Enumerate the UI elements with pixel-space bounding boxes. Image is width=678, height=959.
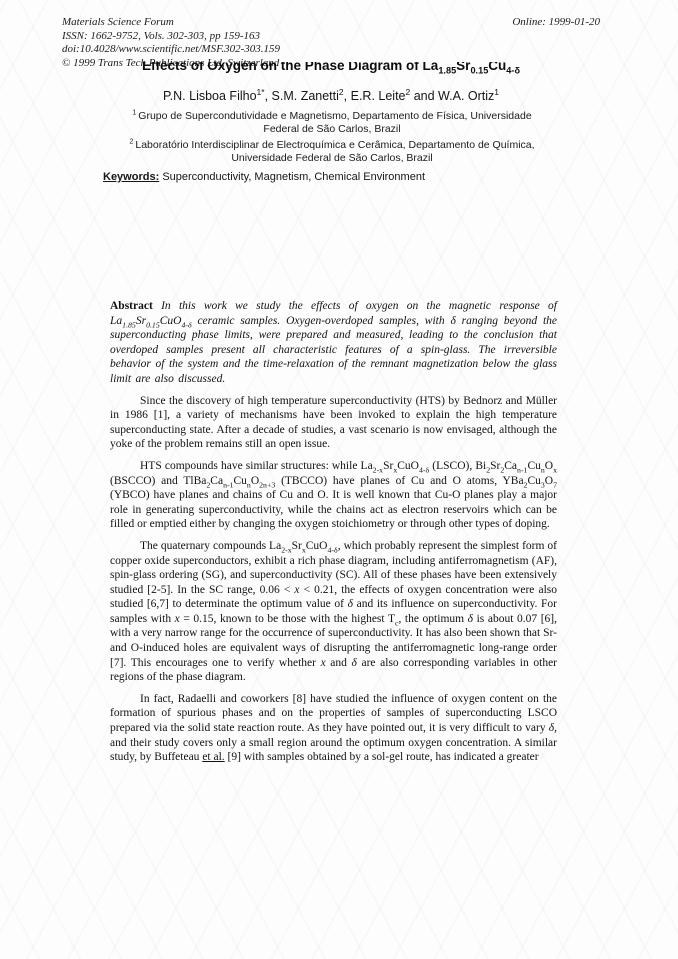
paper-title-region: Effects of Oxygen on the Phase Diagram o…	[62, 62, 600, 75]
abstract: Abstract In this work we study the effec…	[110, 299, 557, 387]
paragraph-phase-diagram: The quaternary compounds La2-xSrxCuO4-δ,…	[110, 539, 557, 685]
paper-title: Effects of Oxygen on the Phase Diagram o…	[62, 62, 600, 74]
paragraph-radaelli: In fact, Radaelli and coworkers [8] have…	[110, 692, 557, 765]
keywords-line: Keywords: Superconductivity, Magnetism, …	[103, 171, 618, 183]
paragraph-intro: Since the discovery of high temperature …	[110, 394, 557, 452]
journal-title: Materials Science Forum	[62, 16, 280, 30]
paper-page: Materials Science Forum ISSN: 1662-9752,…	[0, 0, 678, 959]
paragraph-structures: HTS compounds have similar structures: w…	[110, 459, 557, 532]
affiliation-1: 1 Grupo de Supercondutividade e Magnetis…	[122, 110, 542, 136]
keywords-label: Keywords:	[103, 171, 159, 183]
issn-line: ISSN: 1662-9752, Vols. 302-303, pp 159-1…	[62, 30, 280, 44]
keywords-text: Superconductivity, Magnetism, Chemical E…	[162, 171, 425, 183]
abstract-text: In this work we study the effects of oxy…	[110, 300, 557, 385]
authors-line: P.N. Lisboa Filho1*, S.M. Zanetti2, E.R.…	[62, 89, 600, 103]
abstract-label: Abstract	[110, 300, 153, 312]
doi-line: doi:10.4028/www.scientific.net/MSF.302-3…	[62, 43, 280, 57]
article-body: Abstract In this work we study the effec…	[110, 299, 557, 765]
affiliation-2: 2 Laboratório Interdisciplinar de Electr…	[122, 139, 542, 165]
